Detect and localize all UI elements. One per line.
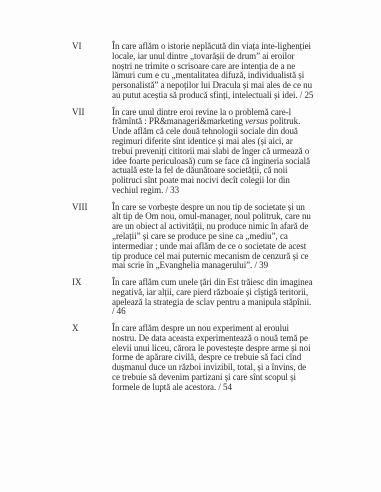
chapter-numeral: IX xyxy=(0,278,112,317)
toc-entry-vii: VII În care unul dintre eroi revine la o… xyxy=(0,108,381,196)
chapter-numeral: VII xyxy=(0,108,112,196)
chapter-summary: În care unul dintre eroi revine la o pro… xyxy=(112,108,315,196)
summary-italic: versus xyxy=(245,116,268,126)
chapter-numeral: VIII xyxy=(0,203,112,272)
chapter-summary: În care aflăm despre un nou experiment a… xyxy=(112,324,315,393)
chapter-numeral: X xyxy=(0,324,112,393)
toc-entry-viii: VIII În care se vorbește despre un nou t… xyxy=(0,203,381,272)
table-of-contents: VI În care aflăm o istorie neplăcută din… xyxy=(0,42,381,399)
toc-entry-vi: VI În care aflăm o istorie neplăcută din… xyxy=(0,42,381,101)
chapter-summary: În care aflăm cum unele țări din Est tră… xyxy=(112,278,315,317)
chapter-numeral: VI xyxy=(0,42,112,101)
toc-entry-ix: IX În care aflăm cum unele țări din Est … xyxy=(0,278,381,317)
chapter-summary: În care aflăm o istorie neplăcută din vi… xyxy=(112,42,315,101)
summary-part: politruk. Unde aflăm că cele două tehnol… xyxy=(112,116,310,195)
chapter-summary: În care se vorbește despre un nou tip de… xyxy=(112,203,315,272)
toc-entry-x: X În care aflăm despre un nou experiment… xyxy=(0,324,381,393)
